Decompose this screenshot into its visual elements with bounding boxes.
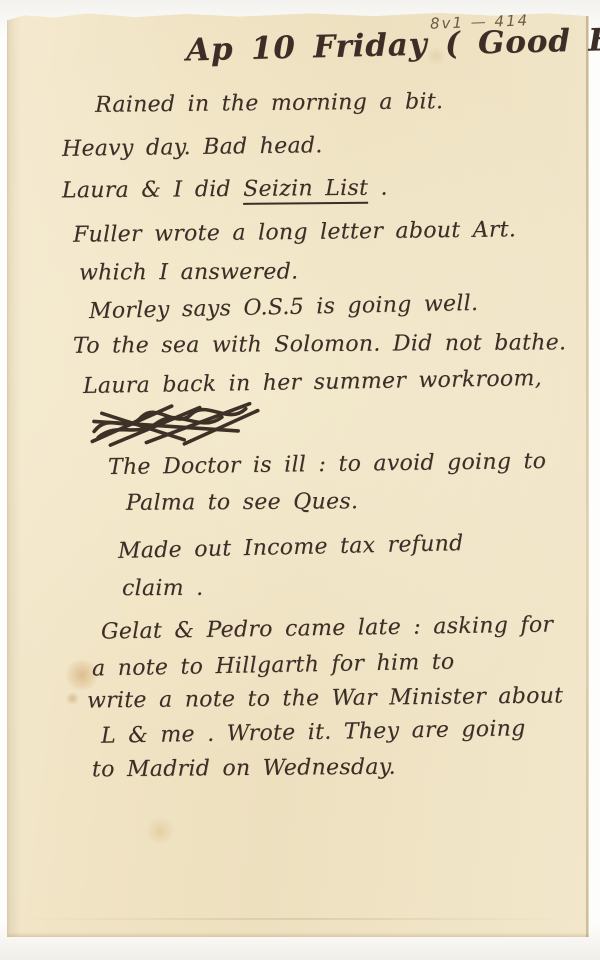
diary-line: write a note to the War Minister about (87, 685, 564, 714)
foxing-stain (65, 692, 80, 705)
diary-line: Laura & I did Seizin List . (62, 177, 388, 204)
diary-line: to Madrid on Wednesday. (92, 756, 396, 783)
diary-line: To the sea with Solomon. Did not bathe. (73, 331, 566, 359)
scribble-strokes-icon (88, 396, 264, 449)
crossed-out-text: illegible — heavily scribbled out (88, 396, 264, 449)
diary-line: Palma to see Ques. (126, 490, 358, 516)
diary-line: which I answered. (79, 260, 298, 285)
diary-line: Rained in the morning a bit. (95, 90, 443, 118)
underlined-text: Seizin List (243, 176, 368, 205)
diary-line: claim . (122, 577, 204, 601)
diary-line: Heavy day. Bad head. (62, 134, 323, 162)
paper-crease (19, 918, 578, 920)
diary-line-text: . (368, 176, 388, 201)
diary-line-text: Laura & I did (62, 177, 243, 204)
foxing-stain (145, 818, 175, 844)
